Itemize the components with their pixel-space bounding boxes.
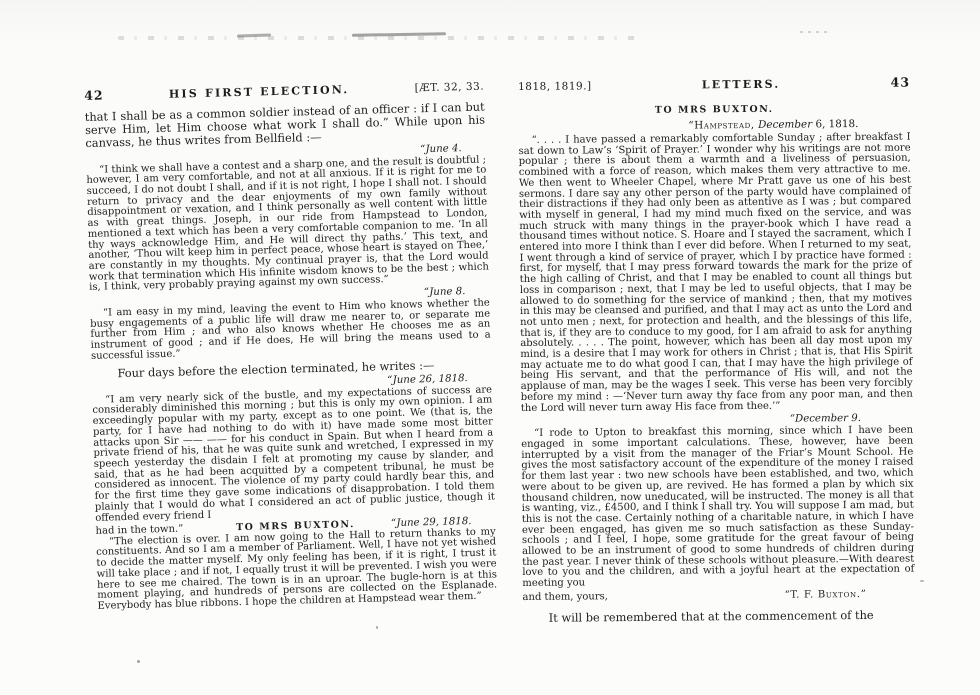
salutation: TO MRS BUXTON. [518,103,910,117]
year-note: 1818, 1819.] [518,80,592,93]
book-scan-spread: 42 HIS FIRST ELECTION. [ÆT. 32, 33. that… [0,0,980,695]
letter-body: “I rode to Upton to breakfast this morni… [521,426,914,590]
page-43-header: 1818, 1819.] LETTERS. 43 [518,75,910,93]
page-number: 43 [891,75,911,90]
letter-closing-line: and them, yours, “T. F. Buxton.” [522,588,914,603]
page-42: 42 HIS FIRST ELECTION. [ÆT. 32, 33. that… [84,78,498,615]
scan-speck [137,660,140,663]
page-number: 42 [84,87,104,103]
scan-smudge-blot [352,32,446,37]
letter-body: “I think we shall have a contest and a s… [86,155,489,294]
final-paragraph: It will be remembered that at the commen… [523,609,915,626]
scan-smudge-line [118,36,643,40]
dateline-rest: 6, 1818. [812,118,858,130]
letter-body: “The election is over. I am now going to… [96,527,498,612]
running-title: HIS FIRST ELECTION. [169,83,350,101]
page-42-header: 42 HIS FIRST ELECTION. [ÆT. 32, 33. [84,78,484,103]
letter-body: “. . . . I have passed a remarkably comf… [519,133,913,415]
signature: “T. F. Buxton.” [785,589,867,601]
dateline-place: “Hampstead, [688,119,755,132]
scan-speck [920,580,924,582]
scan-smudge-blot [237,33,271,37]
dateline-month: December [755,118,812,131]
place-dateline: “Hampstead, December 6, 1818. [518,118,910,133]
running-title: LETTERS. [702,78,781,92]
scan-speck [376,626,378,629]
letter-body: “I am very nearly sick of the bustle, an… [92,385,495,524]
closing-words: and them, yours, [522,591,608,603]
age-note: [ÆT. 32, 33. [414,81,484,95]
page-43: 1818, 1819.] LETTERS. 43 TO MRS BUXTON. … [518,75,915,626]
letter-body: “I am easy in my mind, leaving the event… [90,299,491,363]
scan-smudge-dots [800,31,830,33]
